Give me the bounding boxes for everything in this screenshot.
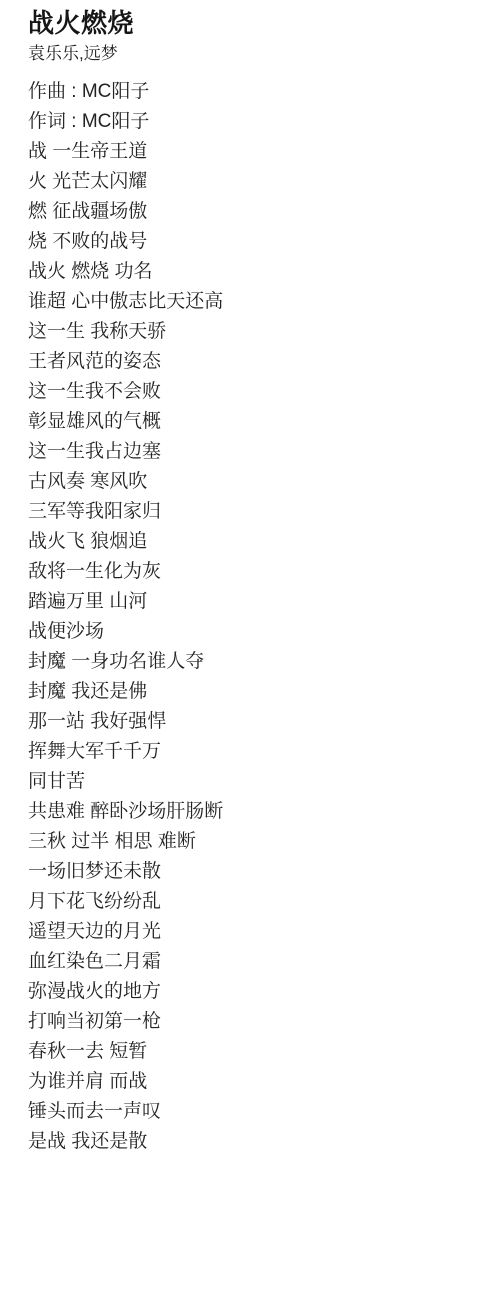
artist-names: 袁乐乐,远梦 — [28, 44, 480, 64]
lyric-line: 谁超 心中傲志比天还高 — [28, 287, 480, 317]
lyrics-block: 战 一生帝王道火 光芒太闪耀燃 征战疆场傲烧 不败的战号战火 燃烧 功名谁超 心… — [28, 137, 480, 1157]
lyric-line: 火 光芒太闪耀 — [28, 167, 480, 197]
lyric-line: 踏遍万里 山河 — [28, 587, 480, 617]
lyric-line: 敌将一生化为灰 — [28, 557, 480, 587]
lyrics-page: 战火燃烧 袁乐乐,远梦 作曲 : MC阳子作词 : MC阳子 战 一生帝王道火 … — [0, 0, 500, 1300]
lyric-line: 封魔 我还是佛 — [28, 677, 480, 707]
lyric-line: 锤头而去一声叹 — [28, 1097, 480, 1127]
lyric-line: 那一站 我好强悍 — [28, 707, 480, 737]
credits-block: 作曲 : MC阳子作词 : MC阳子 — [28, 77, 480, 137]
lyric-line: 古风奏 寒风吹 — [28, 467, 480, 497]
lyric-line: 三军等我阳家归 — [28, 497, 480, 527]
lyric-line: 战火 燃烧 功名 — [28, 257, 480, 287]
lyric-line: 王者风范的姿态 — [28, 347, 480, 377]
lyric-line: 一场旧梦还未散 — [28, 857, 480, 887]
credit-line: 作词 : MC阳子 — [28, 107, 480, 137]
lyric-line: 打响当初第一枪 — [28, 1007, 480, 1037]
lyric-line: 三秋 过半 相思 难断 — [28, 827, 480, 857]
lyric-line: 战 一生帝王道 — [28, 137, 480, 167]
lyric-line: 遥望天边的月光 — [28, 917, 480, 947]
lyric-line: 同甘苦 — [28, 767, 480, 797]
lyric-line: 血红染色二月霜 — [28, 947, 480, 977]
lyric-line: 弥漫战火的地方 — [28, 977, 480, 1007]
lyric-line: 彰显雄风的气概 — [28, 407, 480, 437]
lyric-line: 这一生 我称天骄 — [28, 317, 480, 347]
credit-line: 作曲 : MC阳子 — [28, 77, 480, 107]
lyric-line: 战便沙场 — [28, 617, 480, 647]
lyric-line: 春秋一去 短暂 — [28, 1037, 480, 1067]
lyric-line: 是战 我还是散 — [28, 1127, 480, 1157]
lyric-line: 为谁并肩 而战 — [28, 1067, 480, 1097]
lyric-line: 封魔 一身功名谁人夺 — [28, 647, 480, 677]
lyric-line: 月下花飞纷纷乱 — [28, 887, 480, 917]
lyric-line: 挥舞大军千千万 — [28, 737, 480, 767]
lyric-line: 战火飞 狼烟追 — [28, 527, 480, 557]
lyric-line: 共患难 醉卧沙场肝肠断 — [28, 797, 480, 827]
lyric-line: 这一生我不会败 — [28, 377, 480, 407]
lyric-line: 燃 征战疆场傲 — [28, 197, 480, 227]
lyric-line: 烧 不败的战号 — [28, 227, 480, 257]
song-title: 战火燃烧 — [28, 7, 480, 39]
lyric-line: 这一生我占边塞 — [28, 437, 480, 467]
